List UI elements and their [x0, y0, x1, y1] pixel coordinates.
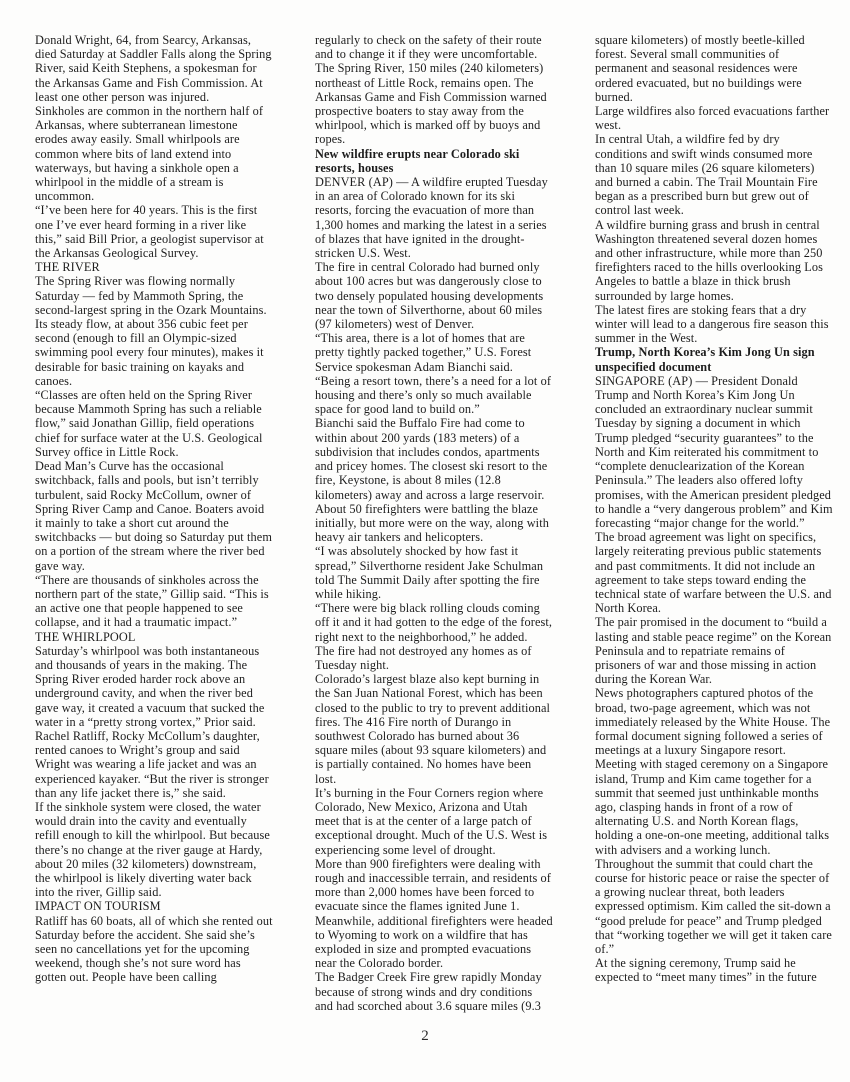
paragraph: Sinkholes are common in the northern hal…	[35, 104, 273, 203]
section-heading: THE WHIRLPOOL	[35, 630, 273, 644]
paragraph: Throughout the summit that could chart t…	[595, 857, 833, 956]
document-page: Donald Wright, 64, from Searcy, Arkansas…	[0, 0, 850, 1082]
paragraph: “There were big black rolling clouds com…	[315, 601, 553, 644]
article-headline: New wildfire erupts near Colorado ski re…	[315, 147, 553, 175]
paragraph: Saturday’s whirlpool was both instantane…	[35, 644, 273, 729]
paragraph: The Badger Creek Fire grew rapidly Monda…	[315, 970, 553, 1013]
paragraph: In central Utah, a wildfire fed by dry c…	[595, 132, 833, 217]
paragraph: regularly to check on the safety of thei…	[315, 33, 553, 147]
paragraph: “Being a resort town, there’s a need for…	[315, 374, 553, 417]
paragraph: If the sinkhole system were closed, the …	[35, 800, 273, 899]
paragraph: The Spring River was flowing normally Sa…	[35, 274, 273, 388]
paragraph: “I’ve been here for 40 years. This is th…	[35, 203, 273, 260]
paragraph: Large wildfires also forced evacuations …	[595, 104, 833, 132]
column-layout: Donald Wright, 64, from Searcy, Arkansas…	[0, 0, 850, 1013]
paragraph: Dead Man’s Curve has the occasional swit…	[35, 459, 273, 573]
page-number: 2	[0, 1028, 850, 1045]
paragraph: “I was absolutely shocked by how fast it…	[315, 544, 553, 601]
paragraph: SINGAPORE (AP) — President Donald Trump …	[595, 374, 833, 530]
paragraph: Bianchi said the Buffalo Fire had come t…	[315, 416, 553, 501]
text-column-3: square kilometers) of mostly beetle-kill…	[595, 33, 833, 1013]
paragraph: At the signing ceremony, Trump said he e…	[595, 956, 833, 984]
paragraph: “There are thousands of sinkholes across…	[35, 573, 273, 630]
paragraph: It’s burning in the Four Corners region …	[315, 786, 553, 857]
paragraph: The broad agreement was light on specifi…	[595, 530, 833, 615]
paragraph: DENVER (AP) — A wildfire erupted Tuesday…	[315, 175, 553, 260]
paragraph: News photographers captured photos of th…	[595, 686, 833, 757]
paragraph: Meeting with staged ceremony on a Singap…	[595, 757, 833, 856]
paragraph: “Classes are often held on the Spring Ri…	[35, 388, 273, 459]
paragraph: Rachel Ratliff, Rocky McCollum’s daughte…	[35, 729, 273, 800]
paragraph: The fire had not destroyed any homes as …	[315, 644, 553, 672]
section-heading: IMPACT ON TOURISM	[35, 899, 273, 913]
text-column-1: Donald Wright, 64, from Searcy, Arkansas…	[35, 33, 273, 1013]
text-column-2: regularly to check on the safety of thei…	[315, 33, 553, 1013]
paragraph: “This area, there is a lot of homes that…	[315, 331, 553, 374]
paragraph: More than 900 firefighters were dealing …	[315, 857, 553, 914]
article-headline: Trump, North Korea’s Kim Jong Un sign un…	[595, 345, 833, 373]
paragraph: square kilometers) of mostly beetle-kill…	[595, 33, 833, 104]
paragraph: Meanwhile, additional firefighters were …	[315, 914, 553, 971]
paragraph: About 50 firefighters were battling the …	[315, 502, 553, 545]
paragraph: Donald Wright, 64, from Searcy, Arkansas…	[35, 33, 273, 104]
paragraph: The pair promised in the document to “bu…	[595, 615, 833, 686]
paragraph: The fire in central Colorado had burned …	[315, 260, 553, 331]
paragraph: Ratliff has 60 boats, all of which she r…	[35, 914, 273, 985]
paragraph: A wildfire burning grass and brush in ce…	[595, 218, 833, 303]
section-heading: THE RIVER	[35, 260, 273, 274]
paragraph: Colorado’s largest blaze also kept burni…	[315, 672, 553, 786]
paragraph: The latest fires are stoking fears that …	[595, 303, 833, 346]
